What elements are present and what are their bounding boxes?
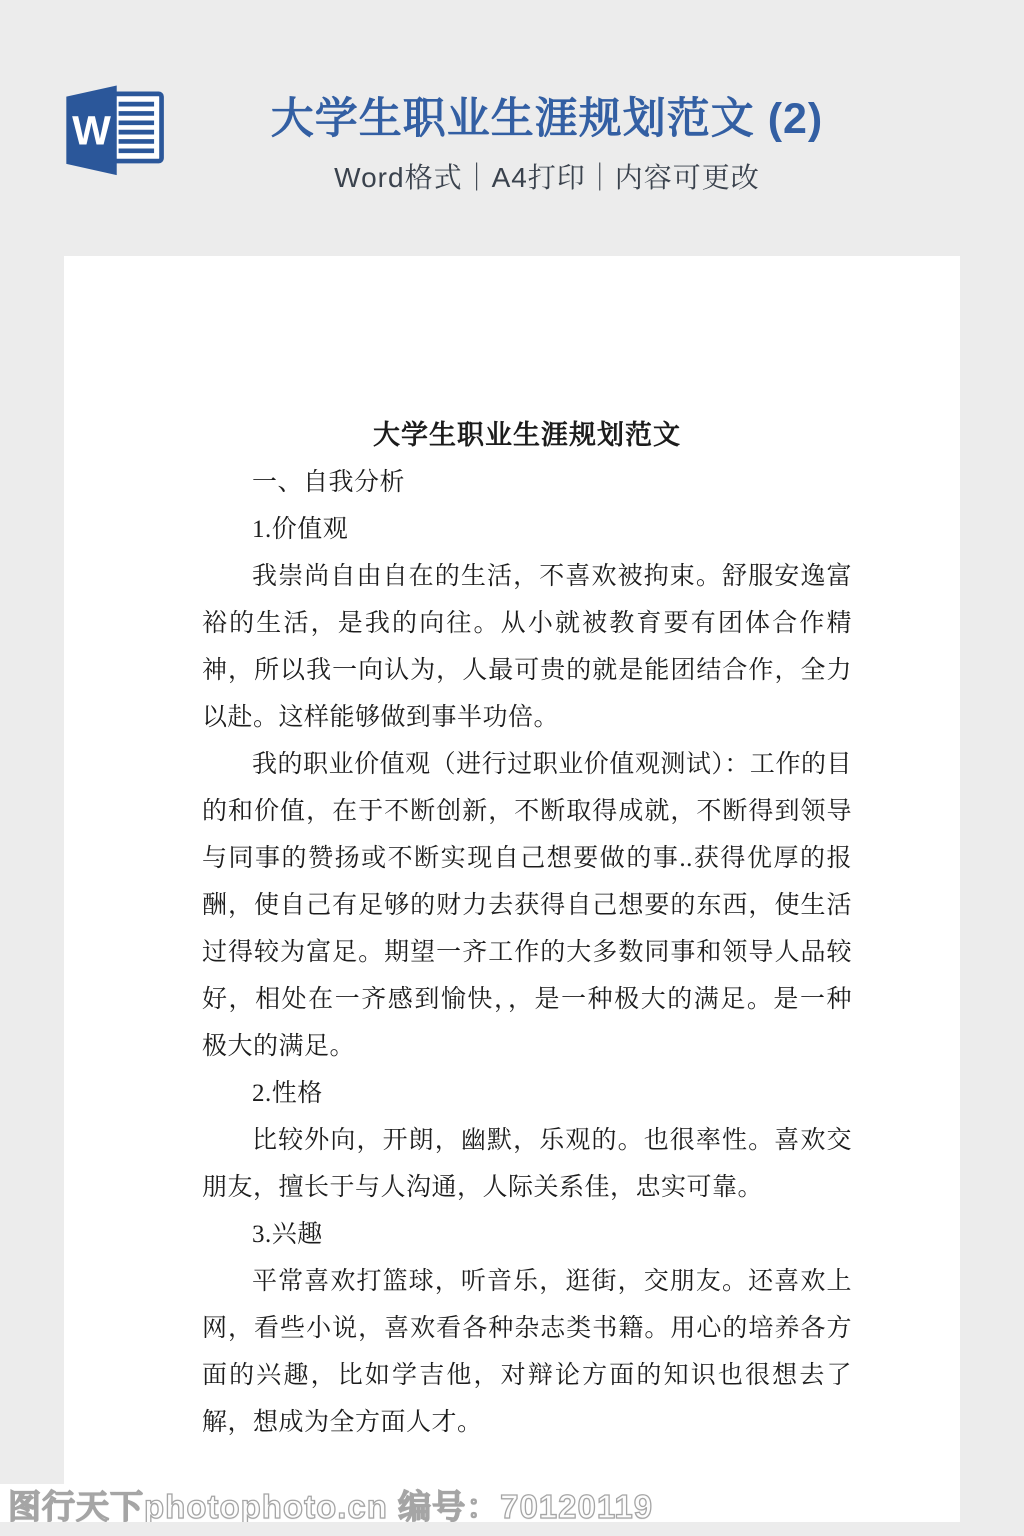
page-subtitle: Word格式｜A4打印｜内容可更改 (70, 156, 1024, 196)
watermark-bar: 图行天下photophoto.cn 编号：70120119 (0, 1484, 960, 1522)
doc-paragraph-heading-1: 一、自我分析 (202, 459, 852, 506)
doc-paragraph-interests-body: 平常喜欢打篮球，听音乐，逛街，交朋友。还喜欢上网，看些小说，喜欢看各种杂志类书籍… (202, 1258, 852, 1446)
doc-paragraph-subheading-interests: 3.兴趣 (202, 1211, 852, 1258)
doc-paragraph-subheading-personality: 2.性格 (202, 1070, 852, 1117)
document-title: 大学生职业生涯规划范文 (202, 412, 852, 459)
doc-paragraph-personality-body: 比较外向，开朗，幽默，乐观的。也很率性。喜欢交朋友，擅长于与人沟通，人际关系佳，… (202, 1117, 852, 1211)
header-text-block: 大学生职业生涯规划范文 (2) Word格式｜A4打印｜内容可更改 (70, 92, 1024, 196)
header: W 大学生职业生涯规划范文 (2) Word格式｜A4打印｜内容可更改 (0, 0, 1024, 256)
bottom-strip (0, 1522, 1024, 1536)
doc-paragraph-career-values-body: 我的职业价值观（进行过职业价值观测试）：工作的目的和价值，在于不断创新，不断取得… (202, 741, 852, 1070)
page-canvas: W 大学生职业生涯规划范文 (2) Word格式｜A4打印｜内容可更改 大学生职… (0, 0, 1024, 1536)
doc-paragraph-subheading-values: 1.价值观 (202, 506, 852, 553)
doc-paragraph-values-body: 我崇尚自由自在的生活，不喜欢被拘束。舒服安逸富裕的生活，是我的向往。从小就被教育… (202, 553, 852, 741)
document-page: 大学生职业生涯规划范文 一、自我分析 1.价值观 我崇尚自由自在的生活，不喜欢被… (64, 256, 960, 1522)
watermark-text: 图行天下photophoto.cn 编号：70120119 (8, 1481, 653, 1528)
page-title: 大学生职业生涯规划范文 (2) (70, 92, 1024, 146)
